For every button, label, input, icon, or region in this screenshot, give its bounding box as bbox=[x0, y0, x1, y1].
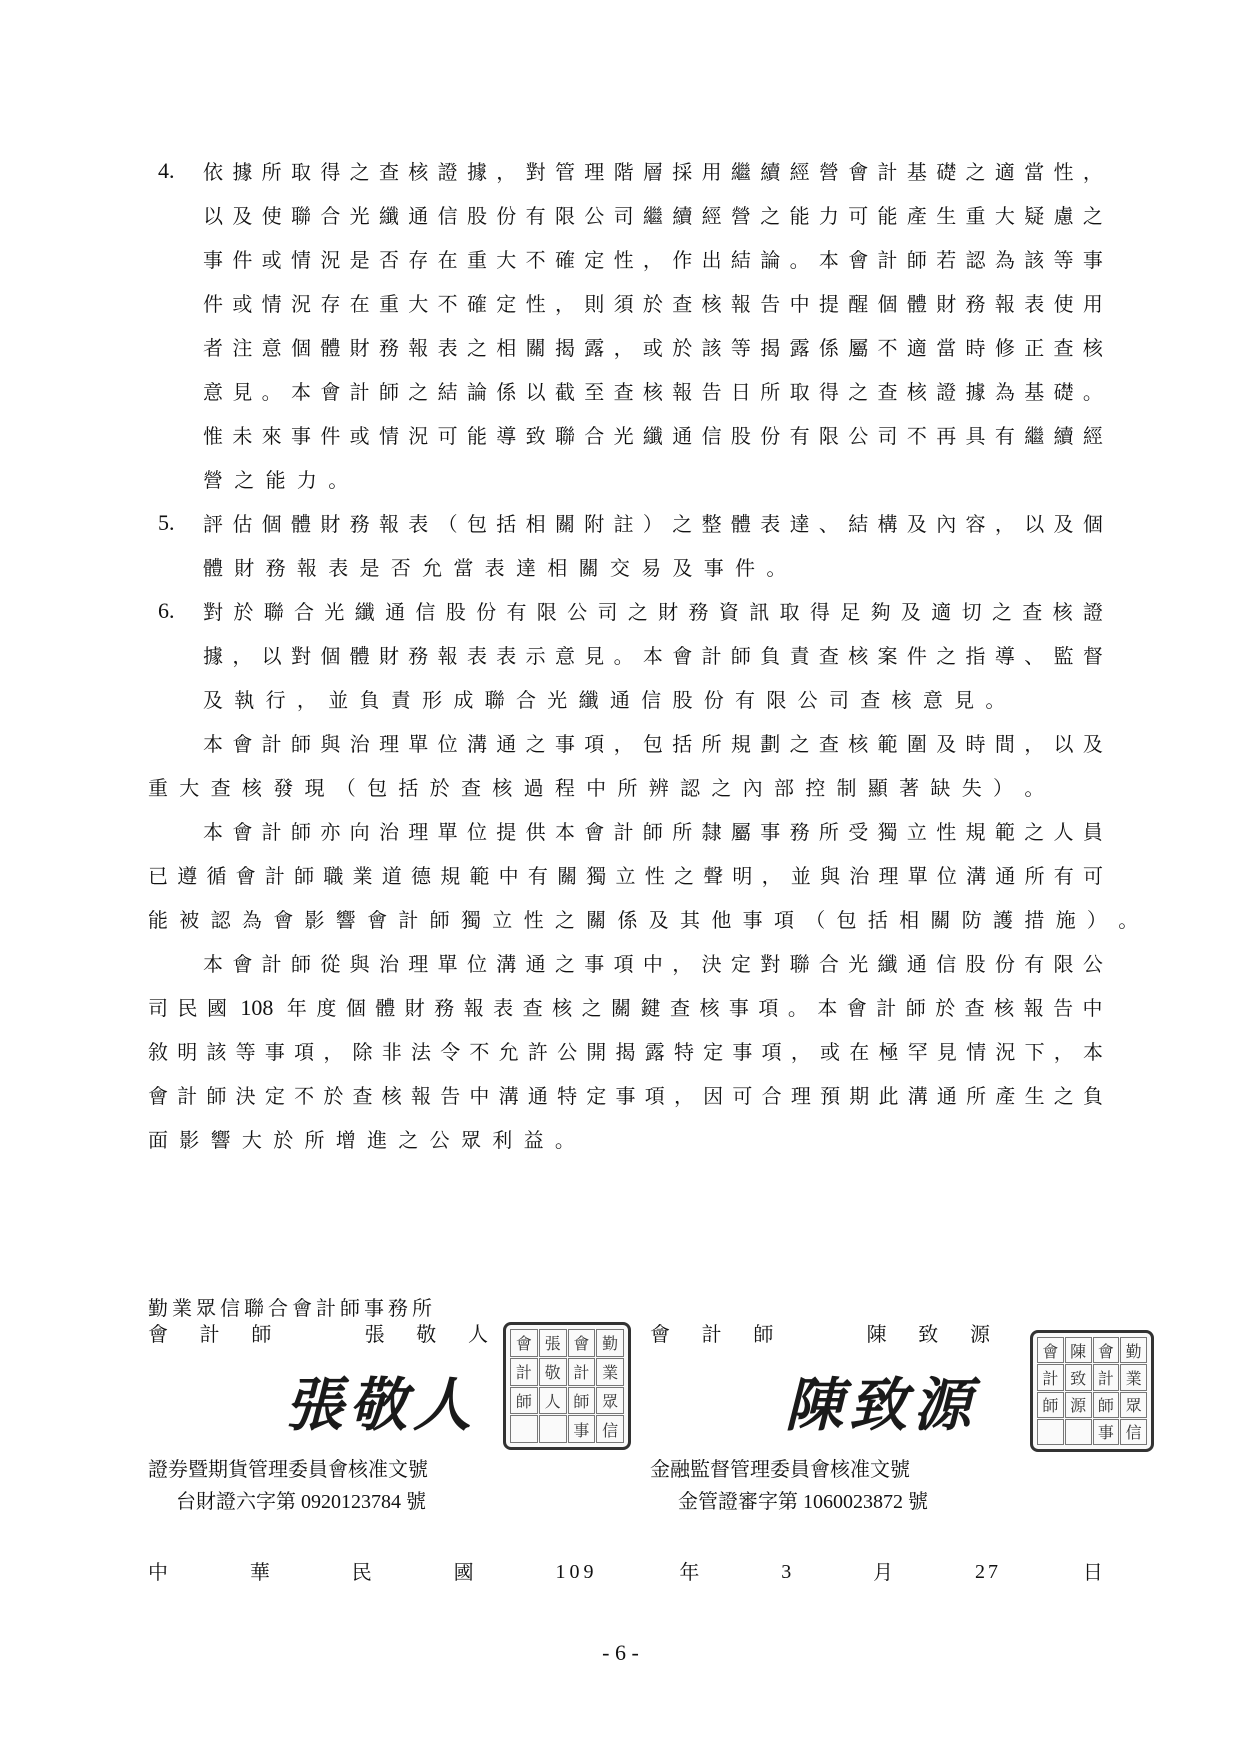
paragraph-line: 面影響大於所增進之公眾利益。 bbox=[148, 1128, 586, 1152]
seal-glyph: 會 bbox=[510, 1329, 538, 1357]
title-char: 師 bbox=[753, 1322, 773, 1346]
left-accountant-title-name: 會 計 師 張 敬 人 bbox=[148, 1322, 488, 1346]
report-date: 中 華 民 國 109 年 3 月 27 日 bbox=[148, 1560, 1103, 1584]
document-page: 4.依據所取得之查核證據，對管理階層採用繼續經營會計基礎之適當性，以及使聯合光纖… bbox=[0, 0, 1241, 1754]
seal-glyph: 計 bbox=[1037, 1364, 1064, 1390]
paragraph-line: 司民國108年度個體財務報表查核之關鍵查核事項。本會計師於查核報告中 bbox=[148, 996, 1103, 1020]
list-item-line: 對於聯合光纖通信股份有限公司之財務資訊取得足夠及適切之查核證 bbox=[203, 600, 1103, 624]
paragraph-line: 本會計師與治理單位溝通之事項，包括所規劃之查核範圍及時間，以及 bbox=[203, 732, 1103, 756]
seal-glyph: 師 bbox=[510, 1387, 538, 1415]
seal-glyph: 人 bbox=[539, 1387, 567, 1415]
seal-glyph: 眾 bbox=[596, 1387, 624, 1415]
left-handwritten-signature: 張敬人 bbox=[285, 1370, 477, 1440]
paragraph-line: 本會計師從與治理單位溝通之事項中，決定對聯合光纖通信股份有限公 bbox=[203, 952, 1103, 976]
seal-glyph: 會 bbox=[568, 1329, 596, 1357]
list-item-line: 及執行，並負責形成聯合光纖通信股份有限公司查核意見。 bbox=[203, 688, 1017, 712]
list-item-line: 營之能力。 bbox=[203, 468, 359, 492]
seal-glyph: 師 bbox=[1093, 1392, 1120, 1418]
seal-glyph bbox=[510, 1415, 538, 1443]
left-approval-authority: 證券暨期貨管理委員會核准文號 bbox=[148, 1457, 428, 1481]
title-char: 計 bbox=[200, 1322, 220, 1346]
seal-glyph: 陳 bbox=[1065, 1337, 1092, 1363]
paragraph-line: 敘明該等事項，除非法令不允許公開揭露特定事項，或在極罕見情況下，本 bbox=[148, 1040, 1103, 1064]
seal-glyph: 計 bbox=[1093, 1364, 1120, 1390]
seal-glyph bbox=[1065, 1419, 1092, 1445]
seal-glyph bbox=[1037, 1419, 1064, 1445]
title-char: 會 bbox=[148, 1322, 168, 1346]
left-seal-stamp: 會張會勤計敬計業師人師眾事信 bbox=[503, 1322, 631, 1450]
date-part: 華 bbox=[250, 1560, 270, 1584]
name-char: 陳 bbox=[867, 1322, 887, 1346]
list-item-number: 5. bbox=[158, 511, 175, 535]
right-seal-stamp: 會陳會勤計致計業師源師眾事信 bbox=[1030, 1330, 1154, 1452]
seal-glyph: 計 bbox=[568, 1358, 596, 1386]
paragraph-line: 本會計師亦向治理單位提供本會計師所隸屬事務所受獨立性規範之人員 bbox=[203, 820, 1103, 844]
seal-glyph: 計 bbox=[510, 1358, 538, 1386]
list-item-line: 惟未來事件或情況可能導致聯合光纖通信股份有限公司不再具有繼續經 bbox=[203, 424, 1103, 448]
paragraph-line: 重大查核發現（包括於查核過程中所辨認之內部控制顯著缺失）。 bbox=[148, 776, 1056, 800]
seal-glyph: 勤 bbox=[596, 1329, 624, 1357]
seal-glyph: 會 bbox=[1093, 1337, 1120, 1363]
paragraph-line: 已遵循會計師職業道德規範中有關獨立性之聲明，並與治理單位溝通所有可 bbox=[148, 864, 1103, 888]
list-item-line: 意見。本會計師之結論係以截至查核報告日所取得之查核證據為基礎。 bbox=[203, 380, 1103, 404]
date-month: 3 bbox=[781, 1560, 791, 1584]
right-accountant-title-name: 會 計 師 陳 致 源 bbox=[650, 1322, 990, 1346]
name-char: 張 bbox=[365, 1322, 385, 1346]
list-item-line: 體財務報表是否允當表達相關交易及事件。 bbox=[203, 556, 798, 580]
seal-glyph: 業 bbox=[1120, 1364, 1147, 1390]
list-item-line: 據，以對個體財務報表表示意見。本會計師負責查核案件之指導、監督 bbox=[203, 644, 1103, 668]
date-part: 國 bbox=[454, 1560, 474, 1584]
name-char: 人 bbox=[468, 1322, 488, 1346]
date-part: 中 bbox=[148, 1560, 168, 1584]
date-part: 月 bbox=[873, 1560, 893, 1584]
date-year: 109 bbox=[556, 1560, 598, 1584]
list-item-line: 依據所取得之查核證據，對管理階層採用繼續經營會計基礎之適當性， bbox=[203, 160, 1103, 184]
list-item-line: 事件或情況是否存在重大不確定性，作出結論。本會計師若認為該等事 bbox=[203, 248, 1103, 272]
seal-glyph: 會 bbox=[1037, 1337, 1064, 1363]
accounting-firm-name: 勤業眾信聯合會計師事務所 bbox=[148, 1296, 436, 1320]
right-handwritten-signature: 陳致源 bbox=[785, 1370, 977, 1440]
seal-glyph: 源 bbox=[1065, 1392, 1092, 1418]
right-approval-number: 金管證審字第 1060023872 號 bbox=[678, 1490, 928, 1514]
seal-glyph: 師 bbox=[568, 1387, 596, 1415]
seal-glyph: 事 bbox=[568, 1415, 596, 1443]
seal-glyph: 致 bbox=[1065, 1364, 1092, 1390]
title-char: 師 bbox=[251, 1322, 271, 1346]
seal-glyph: 師 bbox=[1037, 1392, 1064, 1418]
paragraph-line: 能被認為會影響會計師獨立性之關係及其他事項（包括相關防護措施）。 bbox=[148, 908, 1150, 932]
list-item-line: 者注意個體財務報表之相關揭露，或於該等揭露係屬不適當時修正查核 bbox=[203, 336, 1103, 360]
date-part: 民 bbox=[352, 1560, 372, 1584]
list-item-line: 評估個體財務報表（包括相關附註）之整體表達、結構及內容，以及個 bbox=[203, 512, 1103, 536]
date-part: 日 bbox=[1083, 1560, 1103, 1584]
name-char: 致 bbox=[918, 1322, 938, 1346]
seal-glyph: 張 bbox=[539, 1329, 567, 1357]
seal-glyph: 勤 bbox=[1120, 1337, 1147, 1363]
date-part: 年 bbox=[679, 1560, 699, 1584]
seal-glyph: 業 bbox=[596, 1358, 624, 1386]
list-item-line: 以及使聯合光纖通信股份有限公司繼續經營之能力可能產生重大疑慮之 bbox=[203, 204, 1103, 228]
name-char: 源 bbox=[970, 1322, 990, 1346]
name-char: 敬 bbox=[416, 1322, 436, 1346]
list-item-line: 件或情況存在重大不確定性，則須於查核報告中提醒個體財務報表使用 bbox=[203, 292, 1103, 316]
left-approval-number: 台財證六字第 0920123784 號 bbox=[176, 1490, 426, 1514]
seal-glyph bbox=[539, 1415, 567, 1443]
seal-glyph: 事 bbox=[1093, 1419, 1120, 1445]
page-number: - 6 - bbox=[0, 1640, 1241, 1666]
date-day: 27 bbox=[975, 1560, 1001, 1584]
seal-glyph: 敬 bbox=[539, 1358, 567, 1386]
seal-glyph: 信 bbox=[1120, 1419, 1147, 1445]
list-item-number: 6. bbox=[158, 599, 175, 623]
paragraph-line: 會計師決定不於查核報告中溝通特定事項，因可合理預期此溝通所產生之負 bbox=[148, 1084, 1103, 1108]
seal-glyph: 信 bbox=[596, 1415, 624, 1443]
title-char: 會 bbox=[650, 1322, 670, 1346]
right-approval-authority: 金融監督管理委員會核准文號 bbox=[650, 1457, 910, 1481]
seal-glyph: 眾 bbox=[1120, 1392, 1147, 1418]
list-item-number: 4. bbox=[158, 159, 175, 183]
title-char: 計 bbox=[702, 1322, 722, 1346]
